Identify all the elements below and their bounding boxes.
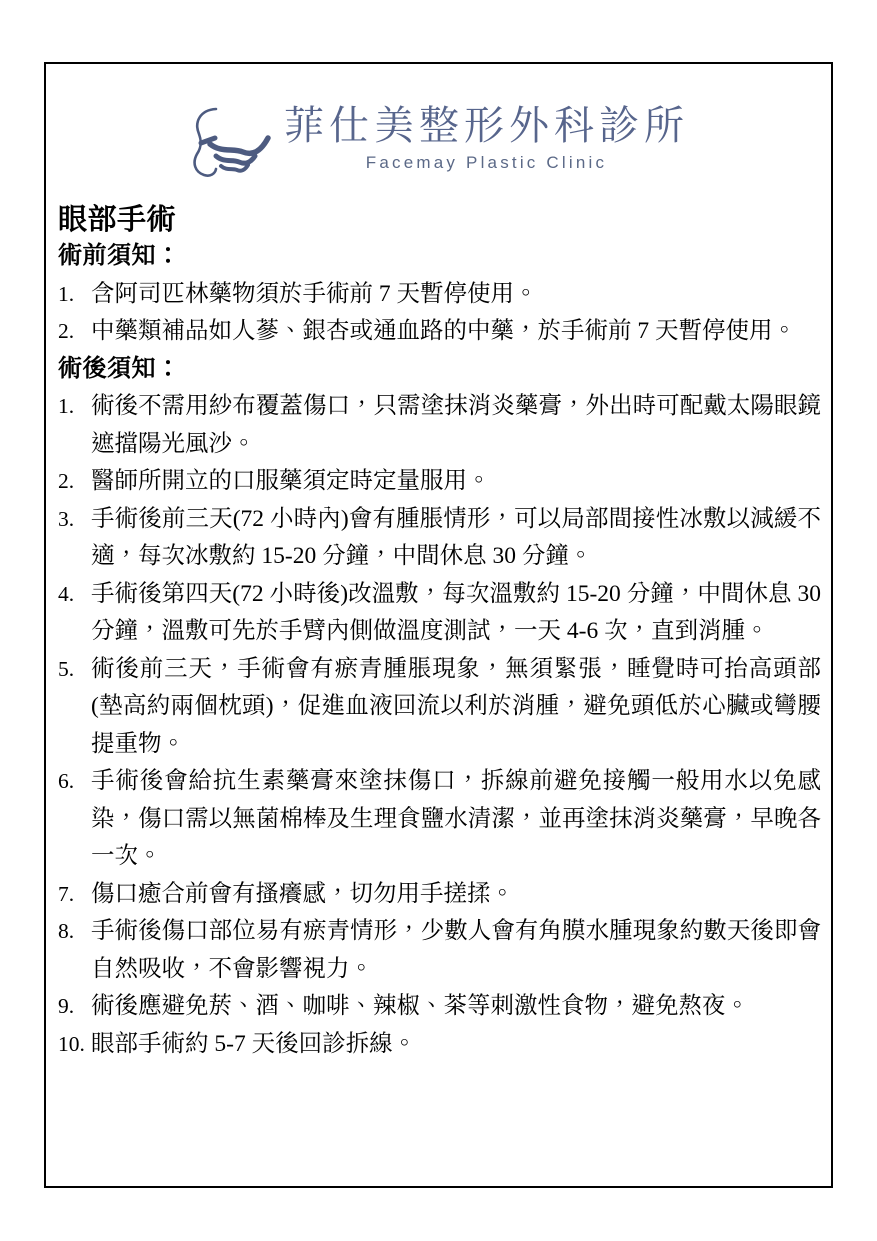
- list-item: 6.手術後會給抗生素藥膏來塗抹傷口，拆線前避免接觸一般用水以免感染，傷口需以無菌…: [58, 763, 821, 876]
- list-item: 8.手術後傷口部位易有瘀青情形，少數人會有角膜水腫現象約數天後即會自然吸收，不會…: [58, 913, 821, 988]
- list-item: 2.醫師所開立的口服藥須定時定量服用。: [58, 463, 821, 501]
- clinic-logo: 菲仕美整形外科診所 Facemay Plastic Clinic: [58, 104, 821, 178]
- list-item: 2.中藥類補品如人蔘、銀杏或通血路的中藥，於手術前 7 天暫停使用。: [58, 313, 821, 351]
- list-item-text: 含阿司匹林藥物須於手術前 7 天暫停使用。: [91, 276, 821, 314]
- list-item-text: 手術後前三天(72 小時內)會有腫脹情形，可以局部間接性冰敷以減緩不適，每次冰敷…: [91, 501, 821, 576]
- document-page: 菲仕美整形外科診所 Facemay Plastic Clinic 眼部手術 術前…: [0, 0, 877, 1241]
- list-item-number: 6.: [58, 763, 91, 801]
- list-item-number: 4.: [58, 576, 91, 614]
- list-item: 7.傷口癒合前會有搔癢感，切勿用手搓揉。: [58, 876, 821, 914]
- list-item-text: 手術後會給抗生素藥膏來塗抹傷口，拆線前避免接觸一般用水以免感染，傷口需以無菌棉棒…: [91, 763, 821, 876]
- list-item-number: 2.: [58, 313, 91, 351]
- list-item: 5.術後前三天，手術會有瘀青腫脹現象，無須緊張，睡覺時可抬高頭部(墊高約兩個枕頭…: [58, 651, 821, 764]
- list-item-number: 10.: [58, 1026, 91, 1064]
- list-item: 3.手術後前三天(72 小時內)會有腫脹情形，可以局部間接性冰敷以減緩不適，每次…: [58, 501, 821, 576]
- clinic-name-zh: 菲仕美整形外科診所: [284, 104, 689, 148]
- list-item-number: 5.: [58, 651, 91, 689]
- list-item-number: 1.: [58, 276, 91, 314]
- list-item-text: 手術後傷口部位易有瘀青情形，少數人會有角膜水腫現象約數天後即會自然吸收，不會影響…: [91, 913, 821, 988]
- list-item: 1.術後不需用紗布覆蓋傷口，只需塗抹消炎藥膏，外出時可配戴太陽眼鏡遮擋陽光風沙。: [58, 388, 821, 463]
- section-heading: 術後須知：: [58, 351, 821, 389]
- clinic-logo-text: 菲仕美整形外科診所 Facemay Plastic Clinic: [284, 104, 689, 173]
- list-item-number: 9.: [58, 988, 91, 1026]
- list-item-number: 7.: [58, 876, 91, 914]
- list-item-number: 2.: [58, 463, 91, 501]
- document-title: 眼部手術: [58, 203, 821, 238]
- list-item-text: 術後前三天，手術會有瘀青腫脹現象，無須緊張，睡覺時可抬高頭部(墊高約兩個枕頭)，…: [91, 651, 821, 764]
- list-item-text: 手術後第四天(72 小時後)改溫敷，每次溫敷約 15-20 分鐘，中間休息 30…: [91, 576, 821, 651]
- list-item-text: 中藥類補品如人蔘、銀杏或通血路的中藥，於手術前 7 天暫停使用。: [91, 313, 821, 351]
- list-item-text: 傷口癒合前會有搔癢感，切勿用手搓揉。: [91, 876, 821, 914]
- list-item: 1.含阿司匹林藥物須於手術前 7 天暫停使用。: [58, 276, 821, 314]
- list-item-text: 術後不需用紗布覆蓋傷口，只需塗抹消炎藥膏，外出時可配戴太陽眼鏡遮擋陽光風沙。: [91, 388, 821, 463]
- list-item: 9.術後應避免菸、酒、咖啡、辣椒、茶等刺激性食物，避免熬夜。: [58, 988, 821, 1026]
- list-item-text: 術後應避免菸、酒、咖啡、辣椒、茶等刺激性食物，避免熬夜。: [91, 988, 821, 1026]
- list-item-text: 眼部手術約 5-7 天後回診拆線。: [91, 1026, 821, 1064]
- list-item: 10.眼部手術約 5-7 天後回診拆線。: [58, 1026, 821, 1064]
- instruction-sections: 術前須知：1.含阿司匹林藥物須於手術前 7 天暫停使用。2.中藥類補品如人蔘、銀…: [58, 238, 821, 1063]
- list-item: 4.手術後第四天(72 小時後)改溫敷，每次溫敷約 15-20 分鐘，中間休息 …: [58, 576, 821, 651]
- list-item-number: 3.: [58, 501, 91, 539]
- clinic-name-en: Facemay Plastic Clinic: [366, 153, 607, 173]
- swan-waves-icon: [190, 106, 272, 178]
- page-content: 菲仕美整形外科診所 Facemay Plastic Clinic 眼部手術 術前…: [46, 104, 831, 1063]
- list-item-number: 1.: [58, 388, 91, 426]
- list-item-text: 醫師所開立的口服藥須定時定量服用。: [91, 463, 821, 501]
- section-heading: 術前須知：: [58, 238, 821, 276]
- page-border-frame: 菲仕美整形外科診所 Facemay Plastic Clinic 眼部手術 術前…: [44, 62, 833, 1188]
- list-item-number: 8.: [58, 913, 91, 951]
